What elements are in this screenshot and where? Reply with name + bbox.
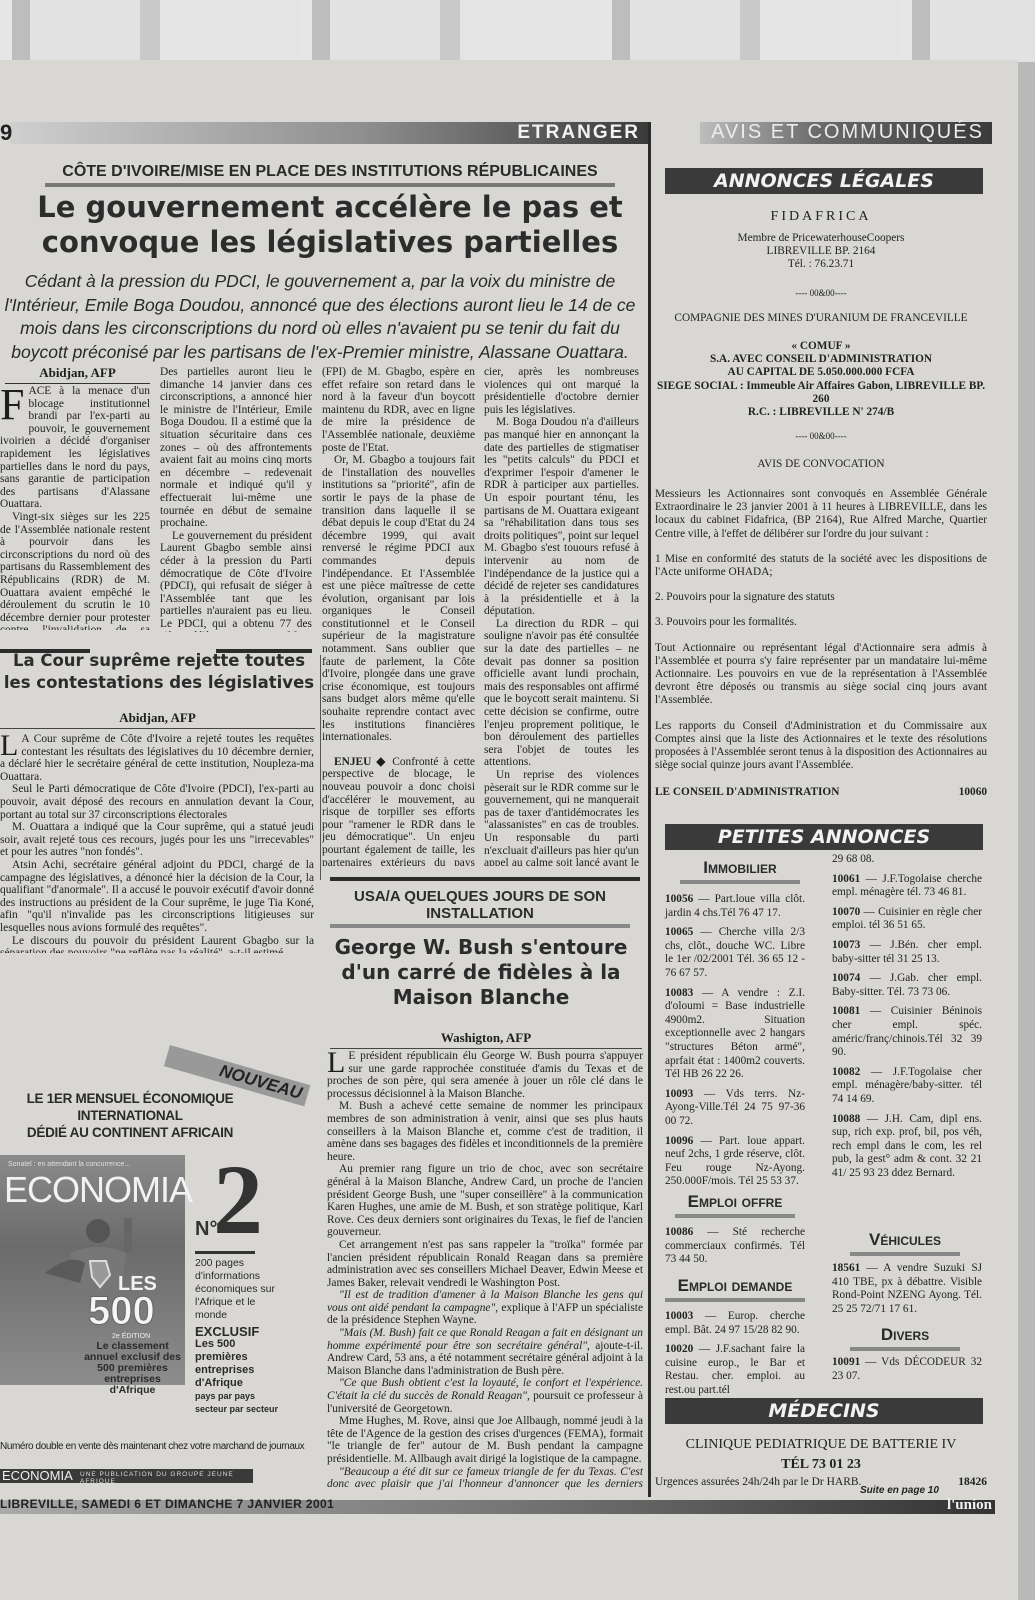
category-emploi-offre: Emploi offre bbox=[675, 1192, 795, 1218]
company-name: COMPAGNIE DES MINES D'URANIUM DE FRANCEV… bbox=[655, 312, 987, 325]
firm-name: FIDAFRICA bbox=[655, 210, 987, 223]
clinic-name: CLINIQUE PEDIATRIQUE DE BATTERIE IV bbox=[655, 1436, 987, 1453]
category-immobilier: Immobilier bbox=[680, 858, 800, 884]
company-details: « COMUF » S.A. AVEC CONSEIL D'ADMINISTRA… bbox=[655, 340, 987, 419]
footer-date: LIBREVILLE, SAMEDI 6 ET DIMANCHE 7 JANVI… bbox=[0, 1497, 334, 1511]
section-rule bbox=[330, 877, 640, 881]
article-column-2: Des partielles auront lieu le dimanche 1… bbox=[160, 366, 312, 632]
classified-list-immobilier: 10056 — Part.loue villa clôt. jardin 4 c… bbox=[665, 893, 805, 1195]
category-divers: Divers bbox=[850, 1325, 960, 1351]
article-headline: Le gouvernement accélère le pas et convo… bbox=[20, 190, 640, 260]
page-number: 9 bbox=[0, 120, 12, 146]
article-headline-bush: George W. Bush s'entoure d'un carré de f… bbox=[322, 935, 640, 1010]
ad-ref: 18426 bbox=[958, 1476, 987, 1489]
magazine-cover-title: ECONOMIA bbox=[4, 1169, 192, 1211]
issue-number-badge: N° 2 bbox=[195, 1160, 255, 1260]
drop-cap: L bbox=[0, 734, 18, 758]
article-kicker-usa: USA/A QUELQUES JOURS DE SON INSTALLATION bbox=[330, 888, 630, 928]
notice-body: Messieurs les Actionnaires sont convoqué… bbox=[655, 488, 987, 800]
continued-note: Suite en page 10 bbox=[860, 1485, 939, 1496]
drop-cap: L bbox=[327, 1051, 345, 1075]
firm-details: Membre de PricewaterhouseCoopers LIBREVI… bbox=[655, 232, 987, 272]
drop-cap: F bbox=[0, 387, 24, 423]
signature: LE CONSEIL D'ADMINISTRATION bbox=[655, 786, 839, 799]
section-title-etranger: ETRANGER bbox=[517, 122, 640, 144]
issue-rule bbox=[195, 1251, 255, 1254]
column-divider bbox=[648, 122, 651, 1497]
ad-headline: LE 1ER MENSUEL ÉCONOMIQUE INTERNATIONAL … bbox=[0, 1090, 260, 1141]
article-lede: Cédant à la pression du PDCI, le gouvern… bbox=[0, 270, 640, 364]
section-title-avis: AVIS ET COMMUNIQUÉS bbox=[705, 121, 990, 144]
article-byline-cour: Abidjan, AFP bbox=[0, 710, 315, 729]
article-bush-body: LE président républicain élu George W. B… bbox=[327, 1050, 643, 1490]
ad-footer-text: Numéro double en vente dès maintenant ch… bbox=[0, 1441, 304, 1452]
annonces-legales-banner: ANNONCES LÉGALES bbox=[665, 168, 983, 194]
category-vehicules: Véhicules bbox=[850, 1230, 960, 1256]
article-column-1: FACE à la menace d'un blocage institutio… bbox=[0, 385, 150, 630]
article-headline-cour: La Cour suprême rejette toutes les conte… bbox=[0, 650, 318, 694]
classified-list-vehicules: 18561 — A vendre Suzuki SJ 410 TBE, px à… bbox=[832, 1262, 982, 1316]
classified-list-emploi-offre: 10086 — Sté recherche commerciaux confir… bbox=[665, 1226, 805, 1267]
clinic-phone: TÉL 73 01 23 bbox=[655, 1456, 987, 1473]
article-column-4: cier, après les nombreuses violences qui… bbox=[484, 366, 639, 866]
separator: ---- 00&00---- bbox=[655, 287, 987, 300]
classified-list-divers: 10091 — Vds DÉCODEUR 32 23 07. bbox=[832, 1356, 982, 1383]
newspaper-logo: l'union bbox=[947, 1497, 992, 1514]
article-kicker: CÔTE D'IVOIRE/MISE EN PLACE DES INSTITUT… bbox=[45, 163, 615, 187]
ad-ref: 10060 bbox=[959, 786, 987, 799]
medecins-banner: MÉDECINS bbox=[665, 1398, 983, 1424]
classified-list-emploi-demande-cont: 29 68 08. 10061 — J.F.Togolaise cherche … bbox=[832, 853, 982, 1180]
ad-brand-bar: ECONOMIA UNE PUBLICATION DU GROUPE JEUNE… bbox=[0, 1469, 253, 1483]
magazine-cover-image: Sonatel : en attendant la concurrence...… bbox=[0, 1155, 185, 1385]
column-divider bbox=[320, 655, 321, 880]
ad-description: 200 pages d'informations économiques sur… bbox=[195, 1257, 285, 1416]
scan-background-strip bbox=[0, 0, 1035, 62]
article-cour-body: LA Cour suprême de Côte d'Ivoire a rejet… bbox=[0, 733, 314, 953]
notice-title: AVIS DE CONVOCATION bbox=[655, 458, 987, 471]
article-column-3: (FPI) de M. Gbagbo, espère en effet refa… bbox=[322, 366, 475, 866]
classified-list-emploi-demande: 10003 — Europ. cherche empl. Bât. 24 97 … bbox=[665, 1310, 805, 1398]
petites-annonces-banner: PETITES ANNONCES bbox=[665, 824, 983, 850]
article-byline-bush: Washigton, AFP bbox=[330, 1030, 642, 1049]
category-emploi-demande: Emploi demande bbox=[665, 1276, 805, 1302]
separator: ---- 00&00---- bbox=[655, 430, 987, 443]
article-byline: Abidjan, AFP bbox=[5, 365, 150, 384]
